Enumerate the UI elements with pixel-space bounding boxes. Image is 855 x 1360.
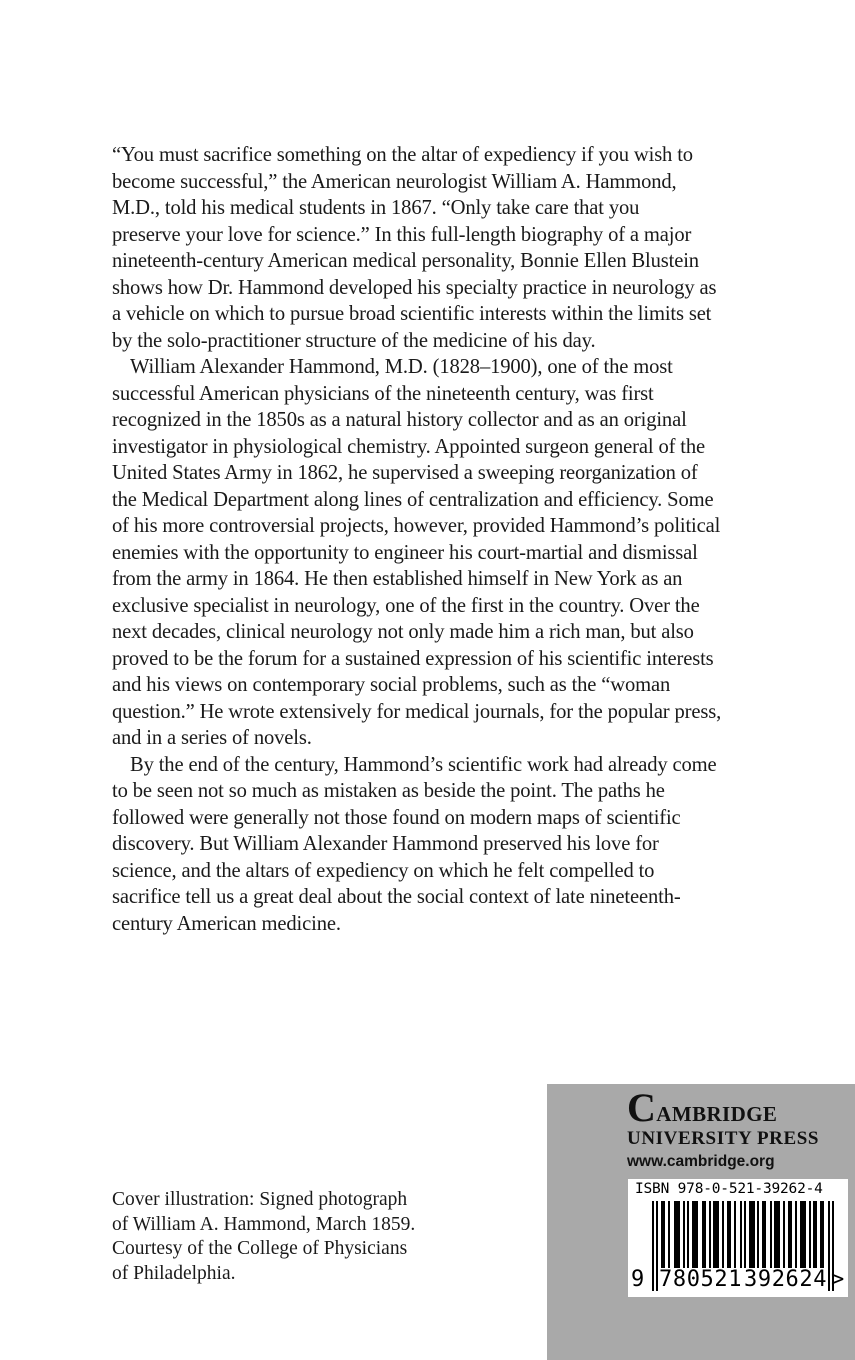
blurb-line: and in a series of novels.	[112, 725, 812, 752]
isbn-barcode: ISBN 978-0-521-39262-4	[628, 1179, 848, 1297]
quiet-zone-arrow-icon: >	[831, 1268, 844, 1292]
blurb-line: successful American physicians of the ni…	[112, 381, 812, 408]
blurb-line: the Medical Department along lines of ce…	[112, 487, 812, 514]
blurb-line: proved to be the forum for a sustained e…	[112, 646, 812, 673]
publisher-subtitle: UNIVERSITY PRESS	[627, 1128, 851, 1150]
caption-line: of William A. Hammond, March 1859.	[112, 1213, 432, 1238]
barcode-digits-left: 780521	[658, 1268, 743, 1292]
blurb-paragraph-2: William Alexander Hammond, M.D. (1828–19…	[112, 354, 812, 752]
cover-illustration-caption: Cover illustration: Signed photograph of…	[112, 1188, 432, 1286]
blurb-paragraph-3: By the end of the century, Hammond’s sci…	[112, 752, 812, 938]
blurb-line: enemies with the opportunity to engineer…	[112, 540, 812, 567]
publisher-name: Cambridge	[627, 1092, 851, 1128]
blurb-line: a vehicle on which to pursue broad scien…	[112, 301, 812, 328]
blurb-line: sacrifice tell us a great deal about the…	[112, 884, 812, 911]
blurb-line: of his more controversial projects, howe…	[112, 513, 812, 540]
caption-line: Cover illustration: Signed photograph	[112, 1188, 432, 1213]
blurb-line: discovery. But William Alexander Hammond…	[112, 831, 812, 858]
blurb-line: nineteenth-century American medical pers…	[112, 248, 812, 275]
blurb-line: recognized in the 1850s as a natural his…	[112, 407, 812, 434]
caption-line: of Philadelphia.	[112, 1262, 432, 1287]
blurb-line: “You must sacrifice something on the alt…	[112, 142, 812, 169]
blurb-paragraph-1: “You must sacrifice something on the alt…	[112, 142, 812, 354]
blurb-line: next decades, clinical neurology not onl…	[112, 619, 812, 646]
barcode-digit-first: 9	[631, 1268, 644, 1292]
blurb-line: from the army in 1864. He then establish…	[112, 566, 812, 593]
blurb-line: By the end of the century, Hammond’s sci…	[112, 752, 812, 779]
blurb-line: question.” He wrote extensively for medi…	[112, 699, 812, 726]
publisher-panel: Cambridge UNIVERSITY PRESS www.cambridge…	[547, 1084, 855, 1360]
blurb-line: become successful,” the American neurolo…	[112, 169, 812, 196]
blurb-line: by the solo-practitioner structure of th…	[112, 328, 812, 355]
caption-line: Courtesy of the College of Physicians	[112, 1237, 432, 1262]
blurb-line: shows how Dr. Hammond developed his spec…	[112, 275, 812, 302]
blurb-line: followed were generally not those found …	[112, 805, 812, 832]
blurb-line: science, and the altars of expediency on…	[112, 858, 812, 885]
blurb-line: preserve your love for science.” In this…	[112, 222, 812, 249]
blurb-line: M.D., told his medical students in 1867.…	[112, 195, 812, 222]
blurb-line: United States Army in 1862, he supervise…	[112, 460, 812, 487]
blurb-line: to be seen not so much as mistaken as be…	[112, 778, 812, 805]
blurb-line: William Alexander Hammond, M.D. (1828–19…	[112, 354, 812, 381]
blurb-line: exclusive specialist in neurology, one o…	[112, 593, 812, 620]
publisher-url: www.cambridge.org	[627, 1150, 851, 1174]
blurb-line: investigator in physiological chemistry.…	[112, 434, 812, 461]
cambridge-university-press-logo: Cambridge UNIVERSITY PRESS www.cambridge…	[627, 1092, 851, 1174]
isbn-label: ISBN 978-0-521-39262-4	[635, 1181, 823, 1197]
barcode-digits-right: 392624	[743, 1268, 828, 1292]
blurb-line: century American medicine.	[112, 911, 812, 938]
back-cover-blurb: “You must sacrifice something on the alt…	[112, 142, 812, 937]
blurb-line: and his views on contemporary social pro…	[112, 672, 812, 699]
